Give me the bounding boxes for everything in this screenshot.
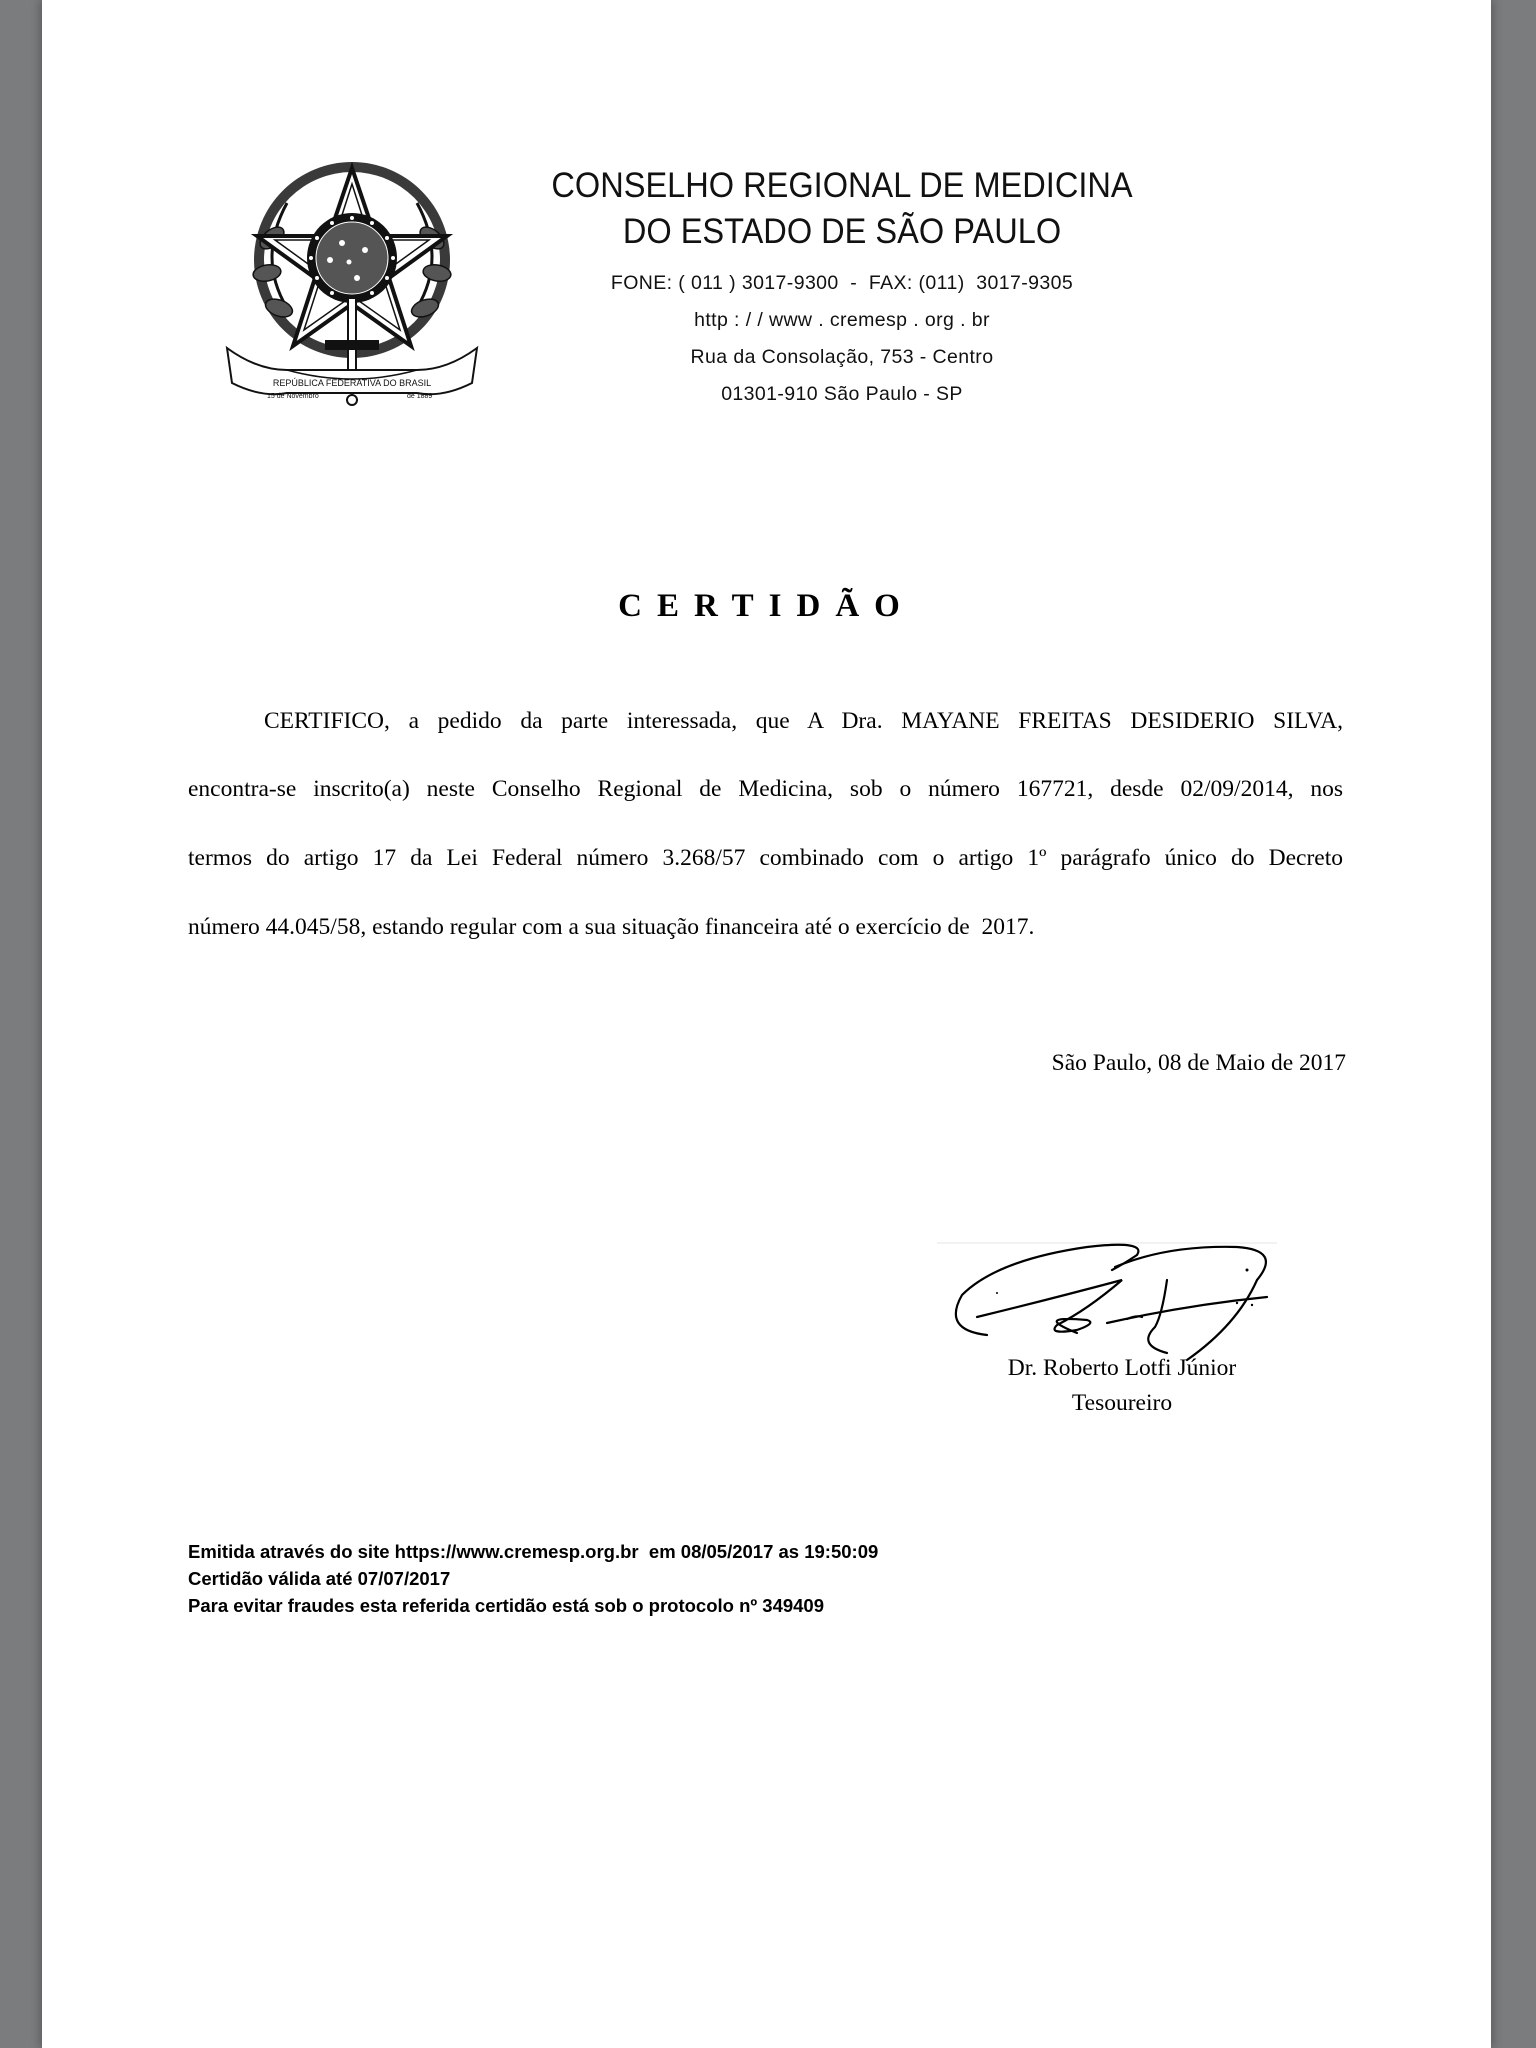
issued-info: Emitida através do site https://www.crem… [188, 1538, 878, 1565]
address: Rua da Consolação, 753 - Centro [462, 346, 1222, 369]
emblem-date-left: 15 de Novembro [267, 393, 319, 400]
postal-code: 01301-910 São Paulo - SP [462, 383, 1222, 406]
emblem-date-right: de 1889 [407, 393, 432, 400]
paragraph-line-1: CERTIFICO, a pedido da parte interessada… [188, 708, 1343, 735]
paragraph-line-2: encontra-se inscrito(a) neste Conselho R… [188, 776, 1343, 803]
signer-role: Tesoureiro [922, 1390, 1322, 1417]
handwritten-signature-icon [937, 1235, 1317, 1365]
emblem-ribbon-text: REPÚBLICA FEDERATIVA DO BRASIL [273, 378, 431, 388]
document-title: CERTIDÃO [42, 588, 1491, 625]
document-page: REPÚBLICA FEDERATIVA DO BRASIL 15 de Nov… [42, 0, 1491, 2048]
protocol-info: Para evitar fraudes esta referida certid… [188, 1592, 878, 1619]
brazil-coat-of-arms-icon: REPÚBLICA FEDERATIVA DO BRASIL 15 de Nov… [217, 148, 487, 408]
place-and-date: São Paulo, 08 de Maio de 2017 [1052, 1050, 1346, 1077]
website: http : / / www . cremesp . org . br [462, 309, 1222, 332]
paragraph-line-4: número 44.045/58, estando regular com a … [188, 914, 1343, 941]
phone-fax: FONE: ( 011 ) 3017-9300 - FAX: (011) 301… [462, 272, 1222, 295]
org-line-1: CONSELHO REGIONAL DE MEDICINA [489, 163, 1196, 209]
organization-name: CONSELHO REGIONAL DE MEDICINA DO ESTADO … [489, 163, 1196, 255]
validity-info: Certidão válida até 07/07/2017 [188, 1565, 878, 1592]
signer-name: Dr. Roberto Lotfi Júnior [922, 1355, 1322, 1382]
paragraph-line-3: termos do artigo 17 da Lei Federal númer… [188, 845, 1343, 872]
issuance-footer: Emitida através do site https://www.crem… [188, 1538, 878, 1619]
org-line-2: DO ESTADO DE SÃO PAULO [489, 209, 1196, 255]
